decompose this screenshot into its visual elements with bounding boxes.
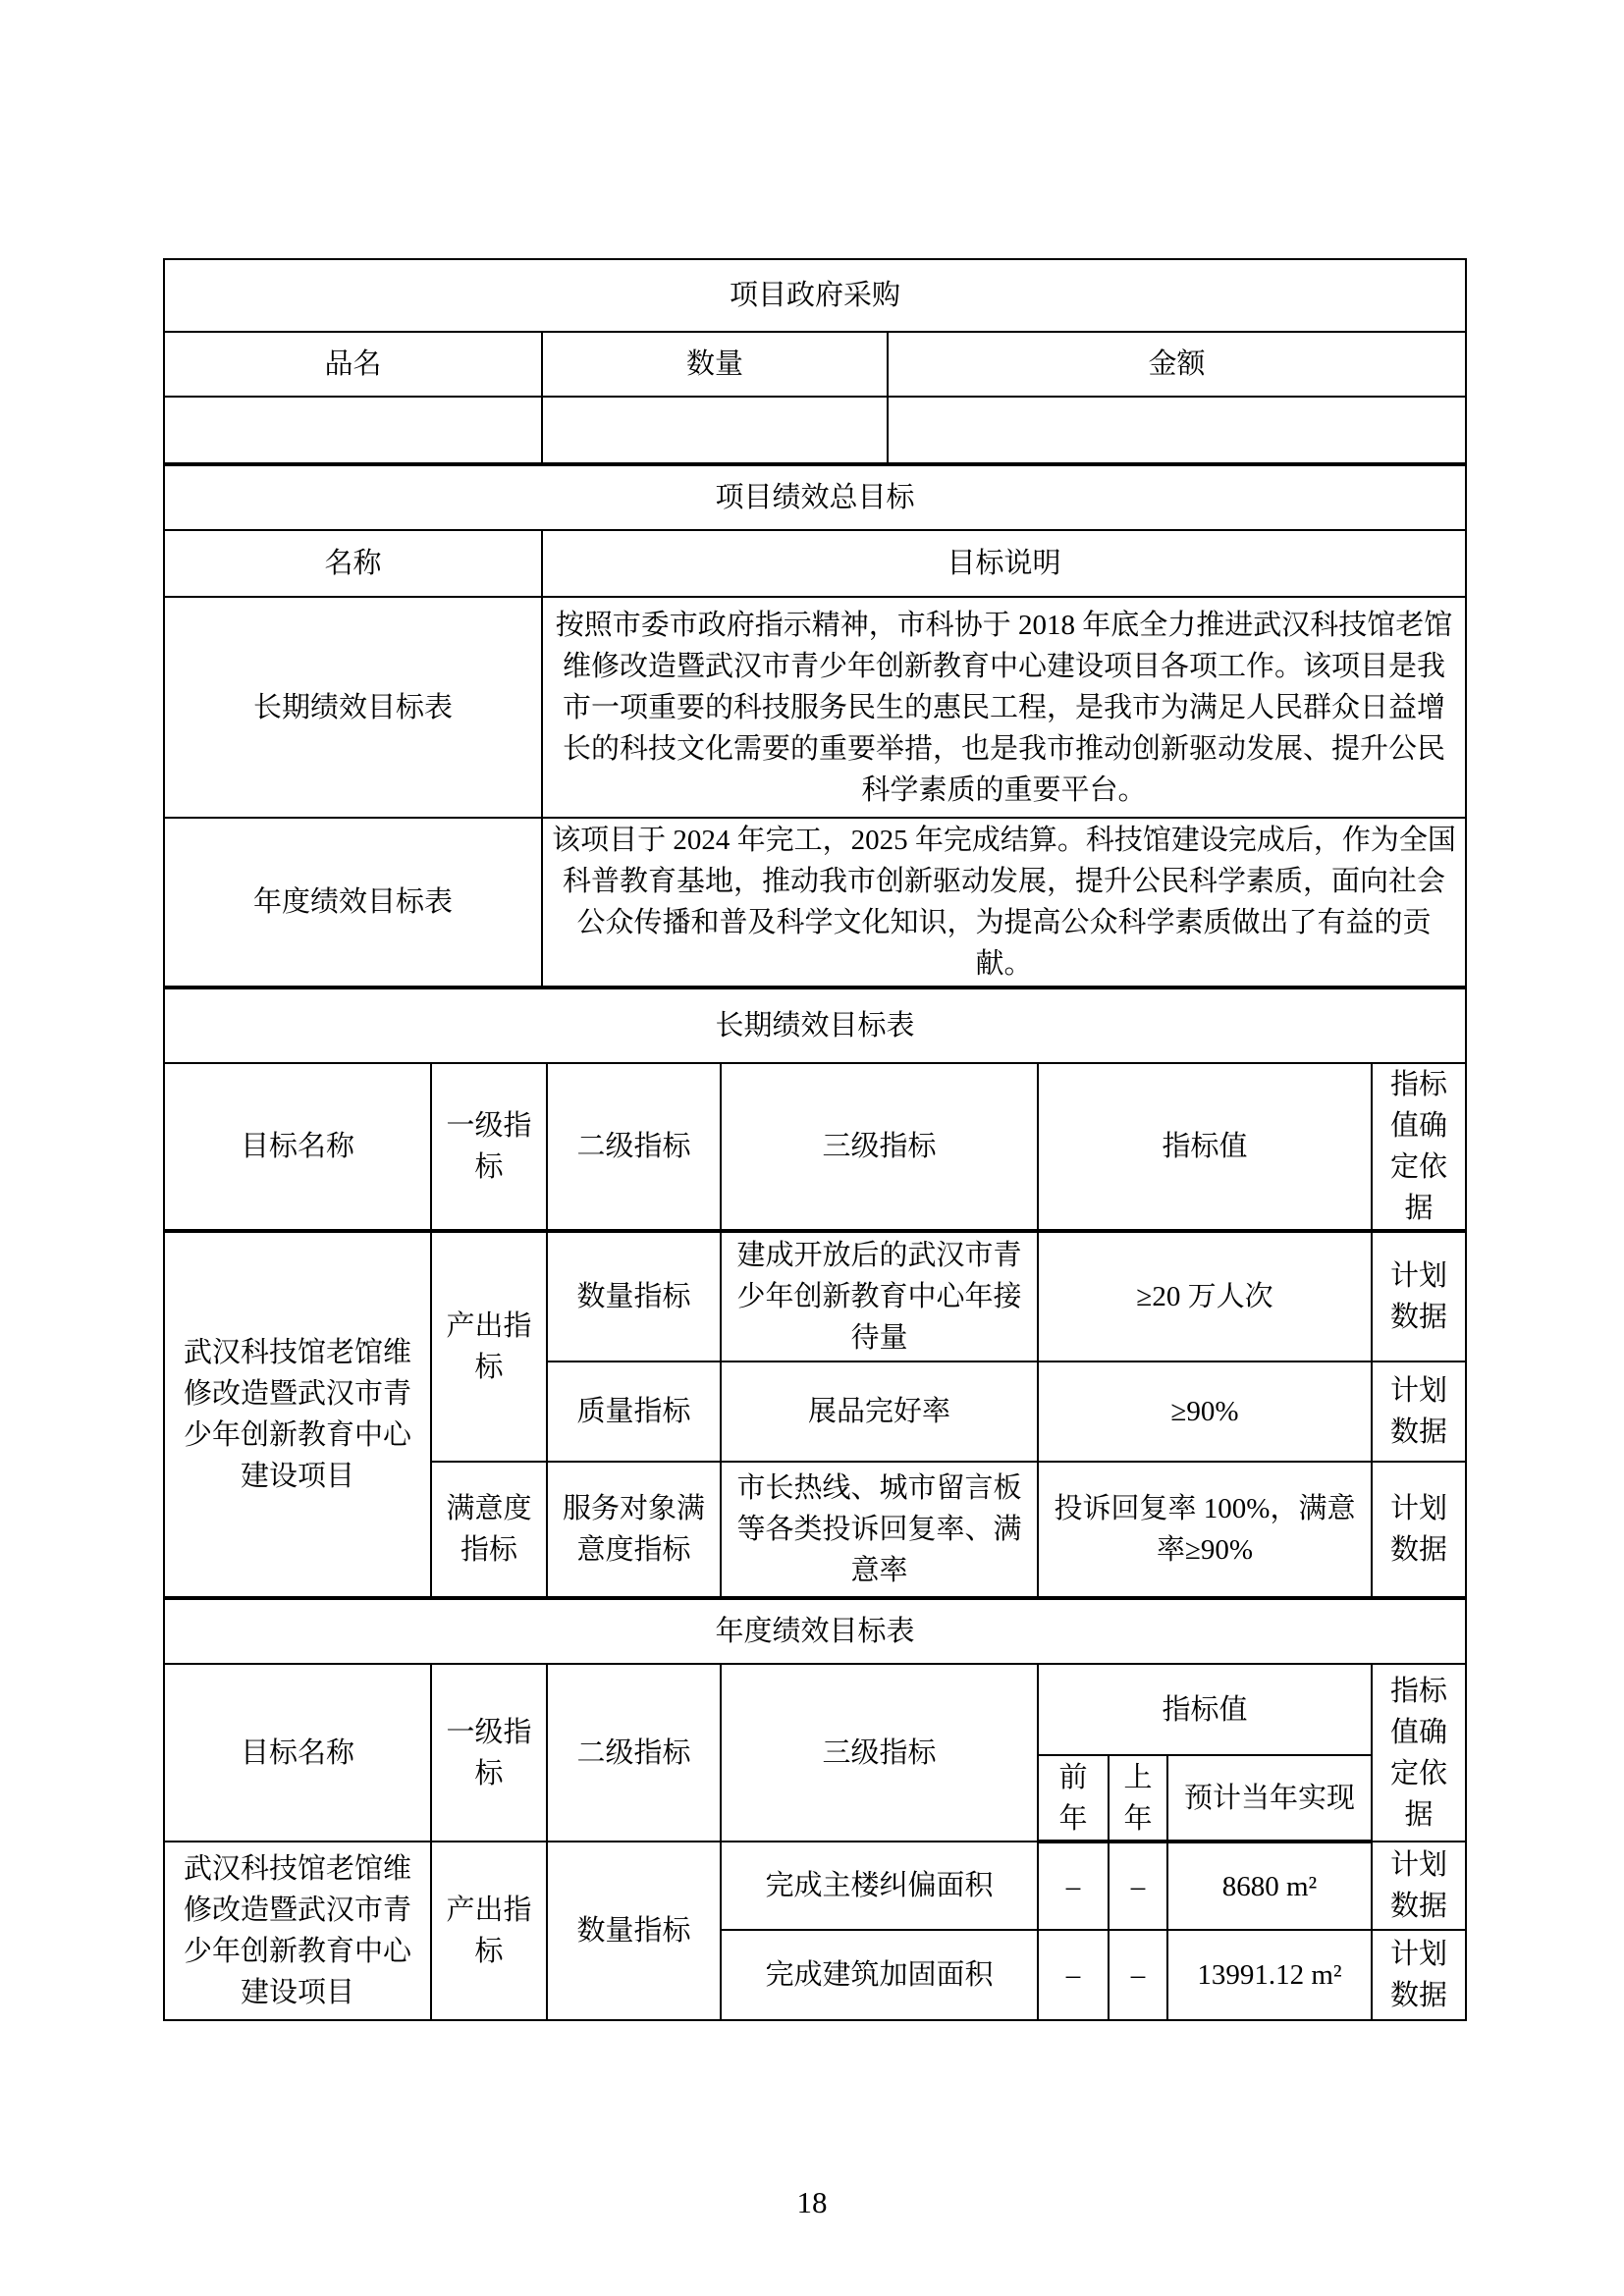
an-value-group-header: 指标值 xyxy=(1038,1664,1372,1755)
lt-level3-header: 三级指标 xyxy=(721,1063,1038,1231)
long-term-performance-table: 长期绩效目标表 目标名称 一级指标 二级指标 三级指标 指标值 指标值确定依据 … xyxy=(163,988,1467,1598)
product-name-header: 品名 xyxy=(164,332,542,397)
an-level3-header: 三级指标 xyxy=(721,1664,1038,1842)
an-quantity-indicator-cell: 数量指标 xyxy=(547,1842,721,2020)
an-rectify-indicator-cell: 完成主楼纠偏面积 xyxy=(721,1842,1038,1930)
lt-value-header: 指标值 xyxy=(1038,1063,1372,1231)
an-basis-cell-1: 计划数据 xyxy=(1372,1842,1466,1930)
amount-header: 金额 xyxy=(888,332,1466,397)
lt-hotline-indicator-cell: 市长热线、城市留言板等各类投诉回复率、满意率 xyxy=(721,1462,1038,1597)
an-basis-header: 指标值确定依据 xyxy=(1372,1664,1466,1842)
lt-basis-cell-3: 计划数据 xyxy=(1372,1462,1466,1597)
overall-goal-title: 项目绩效总目标 xyxy=(164,465,1466,530)
an-reinforce-indicator-cell: 完成建筑加固面积 xyxy=(721,1930,1038,2020)
an-expected-header: 预计当年实现 xyxy=(1167,1755,1372,1842)
lt-goal-name-cell: 武汉科技馆老馆维修改造暨武汉市青少年创新教育中心建设项目 xyxy=(164,1231,431,1597)
long-term-goal-description-cell: 按照市委市政府指示精神，市科协于 2018 年底全力推进武汉科技馆老馆维修改造暨… xyxy=(542,597,1466,818)
document-body: 项目政府采购 品名 数量 金额 项目绩效总目标 名称 目标说明 长期绩效目标表 … xyxy=(163,258,1465,2021)
procurement-title: 项目政府采购 xyxy=(164,259,1466,332)
lt-basis-header: 指标值确定依据 xyxy=(1372,1063,1466,1231)
lt-reception-indicator-cell: 建成开放后的武汉市青少年创新教育中心年接待量 xyxy=(721,1231,1038,1362)
lt-exhibit-indicator-cell: 展品完好率 xyxy=(721,1362,1038,1462)
page-number: 18 xyxy=(0,2185,1624,2220)
an-output-indicator-cell: 产出指标 xyxy=(431,1842,547,2020)
overall-goal-table: 项目绩效总目标 名称 目标说明 长期绩效目标表 按照市委市政府指示精神，市科协于… xyxy=(163,464,1467,988)
lt-basis-cell-1: 计划数据 xyxy=(1372,1231,1466,1362)
amount-empty-cell xyxy=(888,397,1466,463)
annual-goal-name-cell: 年度绩效目标表 xyxy=(164,818,542,987)
annual-performance-table: 年度绩效目标表 目标名称 一级指标 二级指标 三级指标 指标值 指标值确定依据 … xyxy=(163,1598,1467,2021)
an-rectify-prev-cell: – xyxy=(1038,1842,1109,1930)
lt-satisfaction-level2-cell: 服务对象满意度指标 xyxy=(547,1462,721,1597)
lt-level1-header: 一级指标 xyxy=(431,1063,547,1231)
goal-description-header: 目标说明 xyxy=(542,530,1466,597)
lt-exhibit-value-cell: ≥90% xyxy=(1038,1362,1372,1462)
quantity-header: 数量 xyxy=(542,332,888,397)
an-rectify-expected-cell: 8680 m² xyxy=(1167,1842,1372,1930)
name-header: 名称 xyxy=(164,530,542,597)
product-name-empty-cell xyxy=(164,397,542,463)
an-goal-name-header: 目标名称 xyxy=(164,1664,431,1842)
an-basis-cell-2: 计划数据 xyxy=(1372,1930,1466,2020)
an-last-year-header: 上年 xyxy=(1109,1755,1167,1842)
lt-basis-cell-2: 计划数据 xyxy=(1372,1362,1466,1462)
an-prev-year-header: 前年 xyxy=(1038,1755,1109,1842)
lt-output-indicator-cell: 产出指标 xyxy=(431,1231,547,1462)
an-level1-header: 一级指标 xyxy=(431,1664,547,1842)
annual-goal-description-cell: 该项目于 2024 年完工，2025 年完成结算。科技馆建设完成后，作为全国科普… xyxy=(542,818,1466,987)
an-reinforce-last-cell: – xyxy=(1109,1930,1167,2020)
lt-quality-indicator-cell: 质量指标 xyxy=(547,1362,721,1462)
lt-goal-name-header: 目标名称 xyxy=(164,1063,431,1231)
lt-reception-value-cell: ≥20 万人次 xyxy=(1038,1231,1372,1362)
procurement-table: 项目政府采购 品名 数量 金额 xyxy=(163,258,1467,464)
an-level2-header: 二级指标 xyxy=(547,1664,721,1842)
long-term-table-title: 长期绩效目标表 xyxy=(164,988,1466,1063)
an-rectify-last-cell: – xyxy=(1109,1842,1167,1930)
annual-table-title: 年度绩效目标表 xyxy=(164,1599,1466,1664)
an-goal-name-cell: 武汉科技馆老馆维修改造暨武汉市青少年创新教育中心建设项目 xyxy=(164,1842,431,2020)
an-reinforce-prev-cell: – xyxy=(1038,1930,1109,2020)
quantity-empty-cell xyxy=(542,397,888,463)
long-term-goal-name-cell: 长期绩效目标表 xyxy=(164,597,542,818)
lt-hotline-value-cell: 投诉回复率 100%，满意率≥90% xyxy=(1038,1462,1372,1597)
lt-quantity-indicator-cell: 数量指标 xyxy=(547,1231,721,1362)
lt-level2-header: 二级指标 xyxy=(547,1063,721,1231)
an-reinforce-expected-cell: 13991.12 m² xyxy=(1167,1930,1372,2020)
lt-satisfaction-level1-cell: 满意度指标 xyxy=(431,1462,547,1597)
